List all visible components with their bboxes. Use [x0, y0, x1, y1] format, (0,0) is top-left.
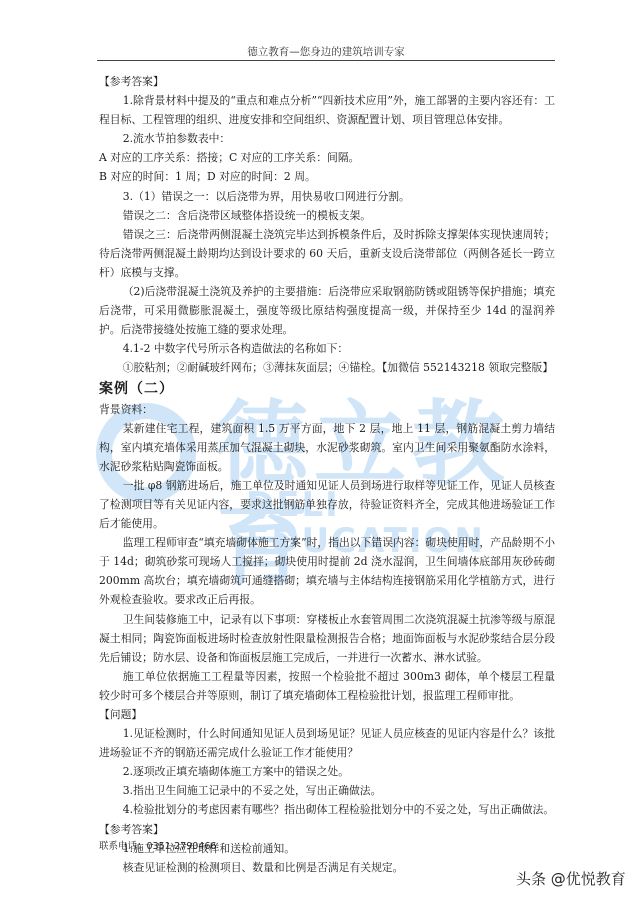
paragraph: （2)后浇带混凝土浇筑及养护的主要措施：后浇带应采取钢筋防锈或阻锈等保护措施；填…: [99, 282, 555, 339]
paragraph: 4.1-2 中数字代号所示各构造做法的名称如下：: [99, 339, 555, 358]
case-title: 案例（二）: [99, 378, 555, 400]
paragraph: 1.除背景材料中提及的“重点和难点分析”“四新技术应用”外，施工部署的主要内容还…: [99, 91, 555, 129]
paragraph: 错误之三：后浇带两侧混凝土浇筑完毕达到拆模条件后，及时拆除支撑架体实现快速周转；…: [99, 225, 555, 282]
question-item: 2.逐项改正填充墙砌体施工方案中的错误之处。: [99, 762, 555, 781]
paragraph: 错误之二：含后浇带区域整体搭设统一的模板支架。: [99, 206, 555, 225]
background-paragraph: 施工单位依据施工工程量等因素，按照一个检验批不超过 300m3 砌体，单个楼层工…: [99, 667, 555, 705]
background-paragraph: 一批 φ8 钢筋进场后，施工单位及时通知见证人员到场进行取样等见证工作，见证人员…: [99, 476, 555, 533]
answer-item: 核查见证检测的检测项目、数量和比例是否满足有关规定。: [99, 858, 555, 877]
paragraph: B 对应的时间：1 周；D 对应的时间：2 周。: [99, 167, 555, 186]
question-item: 1.见证检测时，什么时间通知见证人员到场见证？见证人员应核查的见证内容是什么？该…: [99, 724, 555, 762]
paragraph: ①胶粘剂；②耐碱玻纤网布；③薄抹灰面层；④锚栓。【加微信 552143218 领…: [99, 358, 555, 377]
paragraph: 2.流水节拍参数表中：: [99, 129, 555, 148]
background-paragraph: 卫生间装修施工中，记录有以下事项：穿楼板止水套管周围二次浇筑混凝土抗渗等级与原混…: [99, 610, 555, 667]
background-paragraph: 监理工程师审查“填充墙砌体施工方案”时，指出以下错误内容：砌块使用时，产品龄期不…: [99, 533, 555, 609]
background-label: 背景资料：: [99, 400, 555, 419]
answer-heading: 【参考答案】: [99, 72, 555, 91]
header-divider: [97, 60, 555, 61]
question-heading: 【问题】: [99, 705, 555, 724]
source-tag: 头条 @优悦教育: [516, 868, 626, 889]
document-body: 【参考答案】 1.除背景材料中提及的“重点和难点分析”“四新技术应用”外，施工部…: [99, 72, 555, 877]
background-paragraph: 某新建住宅工程，建筑面积 1.5 万平方面，地下 2 层，地上 11 层，钢筋混…: [99, 419, 555, 476]
page-header: 德立教育—您身边的建筑培训专家: [97, 45, 555, 59]
paragraph: 3.（1）错误之一：以后浇带为界，用快易收口网进行分割。: [99, 187, 555, 206]
question-item: 3.指出卫生间施工记录中的不妥之处，写出正确做法。: [99, 781, 555, 800]
question-item: 4.检验批划分的考虑因素有哪些？指出砌体工程检验批划分中的不妥之处，写出正确做法…: [99, 800, 555, 819]
paragraph: A 对应的工序关系：搭接；C 对应的工序关系：间隔。: [99, 148, 555, 167]
answer-heading: 【参考答案】: [99, 820, 555, 839]
footer-phone: 联系电话：0351-2790466: [99, 838, 216, 852]
